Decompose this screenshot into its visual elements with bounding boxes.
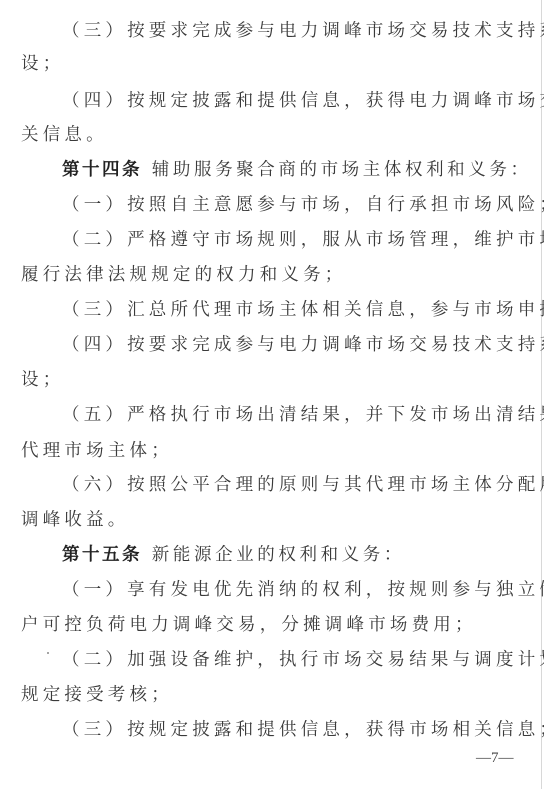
paragraph-line: 履行法律法规规定的权力和义务； [21, 258, 347, 293]
paragraph-line: 户可控负荷电力调峰交易，分摊调峰市场费用； [21, 608, 477, 643]
paragraph-line: （一）按照自主意愿参与市场，自行承担市场风险； [62, 188, 544, 223]
paragraph-line: 规定接受考核； [21, 678, 173, 713]
paragraph-line: （四）按规定披露和提供信息，获得电力调峰市场交易相 [62, 84, 544, 119]
paragraph-line: （二）加强设备维护，执行市场交易结果与调度计划，并按 [62, 643, 544, 678]
article-heading-15: 第十五条 新能源企业的权利和义务： [62, 538, 405, 573]
paragraph-line: （三）按规定披露和提供信息，获得市场相关信息； [62, 713, 544, 748]
article-label: 第十五条 [62, 545, 142, 565]
paragraph-line: （五）严格执行市场出清结果，并下发市场出清结果至其所 [62, 398, 544, 433]
scan-speck [47, 652, 49, 654]
paragraph-line: （三）汇总所代理市场主体相关信息，参与市场申报； [62, 293, 544, 328]
paragraph-line: （一）享有发电优先消纳的权利，按规则参与独立储能和用 [62, 573, 544, 608]
article-heading-14: 第十四条 辅助服务聚合商的市场主体权利和义务： [62, 153, 532, 188]
paragraph-line: 关信息。 [21, 118, 108, 153]
paragraph-line: 设； [21, 363, 64, 398]
paragraph-line: 代理市场主体； [21, 434, 173, 469]
article-label: 第十四条 [62, 160, 142, 180]
article-title: 新能源企业的权利和义务： [152, 545, 405, 565]
paragraph-line: （四）按要求完成参与电力调峰市场交易技术支持系统建 [62, 328, 544, 363]
article-title: 辅助服务聚合商的市场主体权利和义务： [152, 160, 532, 180]
paragraph-line: 设； [21, 47, 64, 82]
paragraph-line: 调峰收益。 [21, 503, 130, 538]
page-number: —7— [476, 750, 514, 767]
paragraph-line: （六）按照公平合理的原则与其代理市场主体分配用户电力 [62, 468, 544, 503]
paragraph-line: （二）严格遵守市场规则，服从市场管理，维护市场秩序， [62, 223, 544, 258]
paragraph-line: （三）按要求完成参与电力调峰市场交易技术支持系统建 [62, 14, 544, 49]
